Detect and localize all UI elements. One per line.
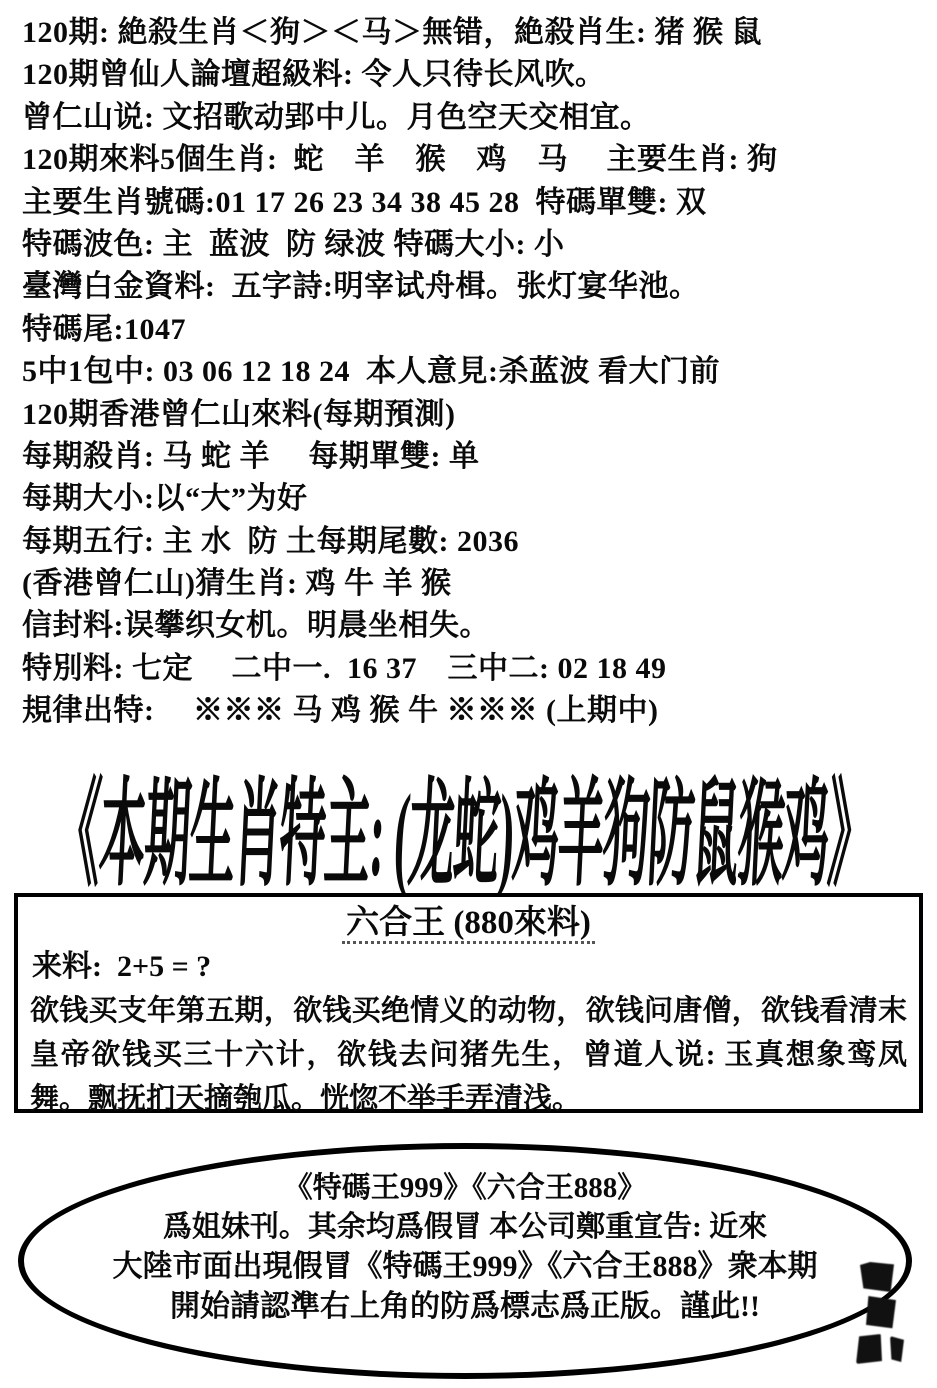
report-line: (香港曾仁山)猜生肖: 鸡 牛 羊 猴 (22, 563, 929, 605)
report-line: 120期香港曾仁山來料(每期預測) (22, 394, 929, 436)
report-line: 每期五行: 主 水 防 土每期尾數: 2036 (22, 521, 929, 563)
report-line: 主要生肖號碼:01 17 26 23 34 38 45 28 特碼單雙: 双 (22, 182, 929, 224)
box-clue: 来料: 2+5 = ? (32, 947, 919, 987)
report-line: 5中1包中: 03 06 12 18 24 本人意見:杀蓝波 看大门前 (22, 351, 929, 393)
report-line: 曾仁山说: 文招歌动郢中儿。月色空天交相宜。 (22, 97, 929, 139)
report-line: 特碼尾:1047 (22, 309, 929, 351)
box-title-text: 六合王 (880來料) (342, 905, 595, 944)
report-line: 臺灣白金資料: 五字詩:明宰试舟楫。张灯宴华池。 (22, 266, 929, 308)
anti-counterfeit-seal-icon (846, 1262, 910, 1366)
report-lines: 120期: 絶殺生肖＜狗＞＜马＞無错，絶殺肖生: 猪 猴 鼠 120期曾仙人論壇… (22, 12, 929, 733)
notice-line: 爲姐妹刊。其余均爲假冒 本公司鄭重宣告: 近來 (24, 1207, 906, 1247)
report-line: 每期殺肖: 马 蛇 羊 每期單雙: 单 (22, 436, 929, 478)
report-line: 規律出特: ※※※ 马 鸡 猴 牛 ※※※ (上期中) (22, 690, 929, 732)
notice-line: 《特碼王999》《六合王888》 (24, 1169, 906, 1207)
report-line: 120期曾仙人論壇超級料: 令人只待长风吹。 (22, 54, 929, 96)
report-line: 120期來料5個生肖: 蛇 羊 猴 鸡 马 主要生肖: 狗 (22, 139, 929, 181)
notice-line: 大陸市面出現假冒《特碼王999》《六合王888》衆本期 (24, 1247, 906, 1287)
scanned-tip-sheet-page: 120期: 絶殺生肖＜狗＞＜马＞無错，絶殺肖生: 猪 猴 鼠 120期曾仙人論壇… (0, 0, 937, 1388)
report-line: 120期: 絶殺生肖＜狗＞＜马＞無错，絶殺肖生: 猪 猴 鼠 (22, 12, 929, 54)
notice-line: 開始請認準右上角的防爲標志爲正版。謹此!! (24, 1287, 906, 1327)
report-line: 每期大小:以“大”为好 (22, 478, 929, 520)
report-line: 特別料: 七定 二中一. 16 37 三中二: 02 18 49 (22, 648, 929, 690)
report-line: 信封料:误攀织女机。明晨坐相失。 (22, 605, 929, 647)
anti-counterfeit-notice-ellipse: 《特碼王999》《六合王888》 爲姐妹刊。其余均爲假冒 本公司鄭重宣告: 近來… (18, 1143, 912, 1379)
box-title: 六合王 (880來料) (18, 903, 919, 943)
liuhewang-box: 六合王 (880來料) 来料: 2+5 = ? 欲钱买支年第五期，欲钱买绝情义的… (14, 893, 923, 1113)
report-line: 特碼波色: 主 蓝波 防 绿波 特碼大小: 小 (22, 224, 929, 266)
box-paragraph: 欲钱买支年第五期，欲钱买绝情义的动物，欲钱问唐僧，欲钱看清末皇帝欲钱买三十六计，… (30, 989, 907, 1121)
